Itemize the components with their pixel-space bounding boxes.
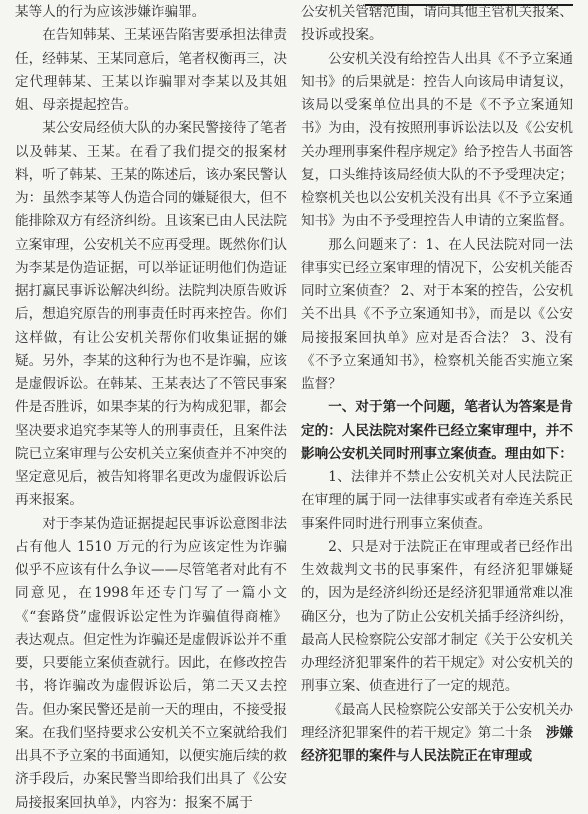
paragraph: 在告知韩某、王某诬告陷害要承担法律责任，经韩某、王某同意后，笔者权衡再三，决定代…	[15, 24, 287, 117]
paragraph: 某公安局经侦大队的办案民警接待了笔者以及韩某、王某。在看了我们提交的报案材料，听…	[15, 117, 287, 512]
text-segment: 《最高人民检察院公安部关于公安机关办理经济犯罪案件的若干规定》第二十条	[301, 702, 573, 741]
paragraph: 某等人的行为应该涉嫌诈骗罪。	[15, 1, 287, 24]
paragraph: 《最高人民检察院公安部关于公安机关办理经济犯罪案件的若干规定》第二十条 涉嫌经济…	[301, 699, 573, 769]
paragraph: 对于李某伪造证据提起民事诉讼意图非法占有他人 1510 万元的行为应该定性为诈骗…	[15, 513, 287, 814]
text-segment: 1、法律并不禁止公安机关对人民法院正在审理的属于同一法律事实或者有牵连关系民事案…	[301, 469, 573, 532]
text-segment: 在告知韩某、王某诬告陷害要承担法律责任，经韩某、王某同意后，笔者权衡再三，决定代…	[15, 27, 287, 113]
paragraph: 公安机关管辖范围，请向其他主管机关报案、投诉或投案。	[301, 1, 573, 48]
paragraph: 一、对于第一个问题，笔者认为答案是肯定的：人民法院对案件已经立案审理中，并不影响…	[301, 396, 573, 466]
article-page: 某等人的行为应该涉嫌诈骗罪。在告知韩某、王某诬告陷害要承担法律责任，经韩某、王某…	[0, 0, 588, 814]
text-segment: 对于李某伪造证据提起民事诉讼意图非法占有他人 1510 万元的行为应该定性为诈骗…	[15, 516, 287, 811]
paragraph: 那么问题来了：1、在人民法院对同一法律事实已经立案审理的情况下，公安机关能否同时…	[301, 234, 573, 397]
article-column-right: 公安机关管辖范围，请向其他主管机关报案、投诉或投案。公安机关没有给控告人出具《不…	[301, 1, 573, 814]
text-segment: 2、只是对于法院正在审理或者已经作出生效裁判文书的民事案件，有经济犯罪嫌疑的，因…	[301, 539, 573, 695]
paragraph: 公安机关没有给控告人出具《不予立案通知书》的后果就是：控告人向该局申请复议，该局…	[301, 48, 573, 234]
text-segment: 那么问题来了：1、在人民法院对同一法律事实已经立案审理的情况下，公安机关能否同时…	[301, 237, 573, 393]
text-segment: 公安机关管辖范围，请向其他主管机关报案、投诉或投案。	[301, 4, 573, 43]
article-column-left: 某等人的行为应该涉嫌诈骗罪。在告知韩某、王某诬告陷害要承担法律责任，经韩某、王某…	[15, 1, 287, 814]
text-segment: 某等人的行为应该涉嫌诈骗罪。	[15, 4, 205, 20]
text-segment: 一、对于第一个问题，笔者认为答案是肯定的：人民法院对案件已经立案审理中，并不影响…	[301, 399, 573, 462]
text-segment: 公安机关没有给控告人出具《不予立案通知书》的后果就是：控告人向该局申请复议，该局…	[301, 51, 573, 230]
paragraph: 2、只是对于法院正在审理或者已经作出生效裁判文书的民事案件，有经济犯罪嫌疑的，因…	[301, 536, 573, 699]
paragraph: 1、法律并不禁止公安机关对人民法院正在审理的属于同一法律事实或者有牵连关系民事案…	[301, 466, 573, 536]
horizontal-rule	[365, 4, 573, 6]
text-segment: 某公安局经侦大队的办案民警接待了笔者以及韩某、王某。在看了我们提交的报案材料，听…	[15, 120, 287, 508]
